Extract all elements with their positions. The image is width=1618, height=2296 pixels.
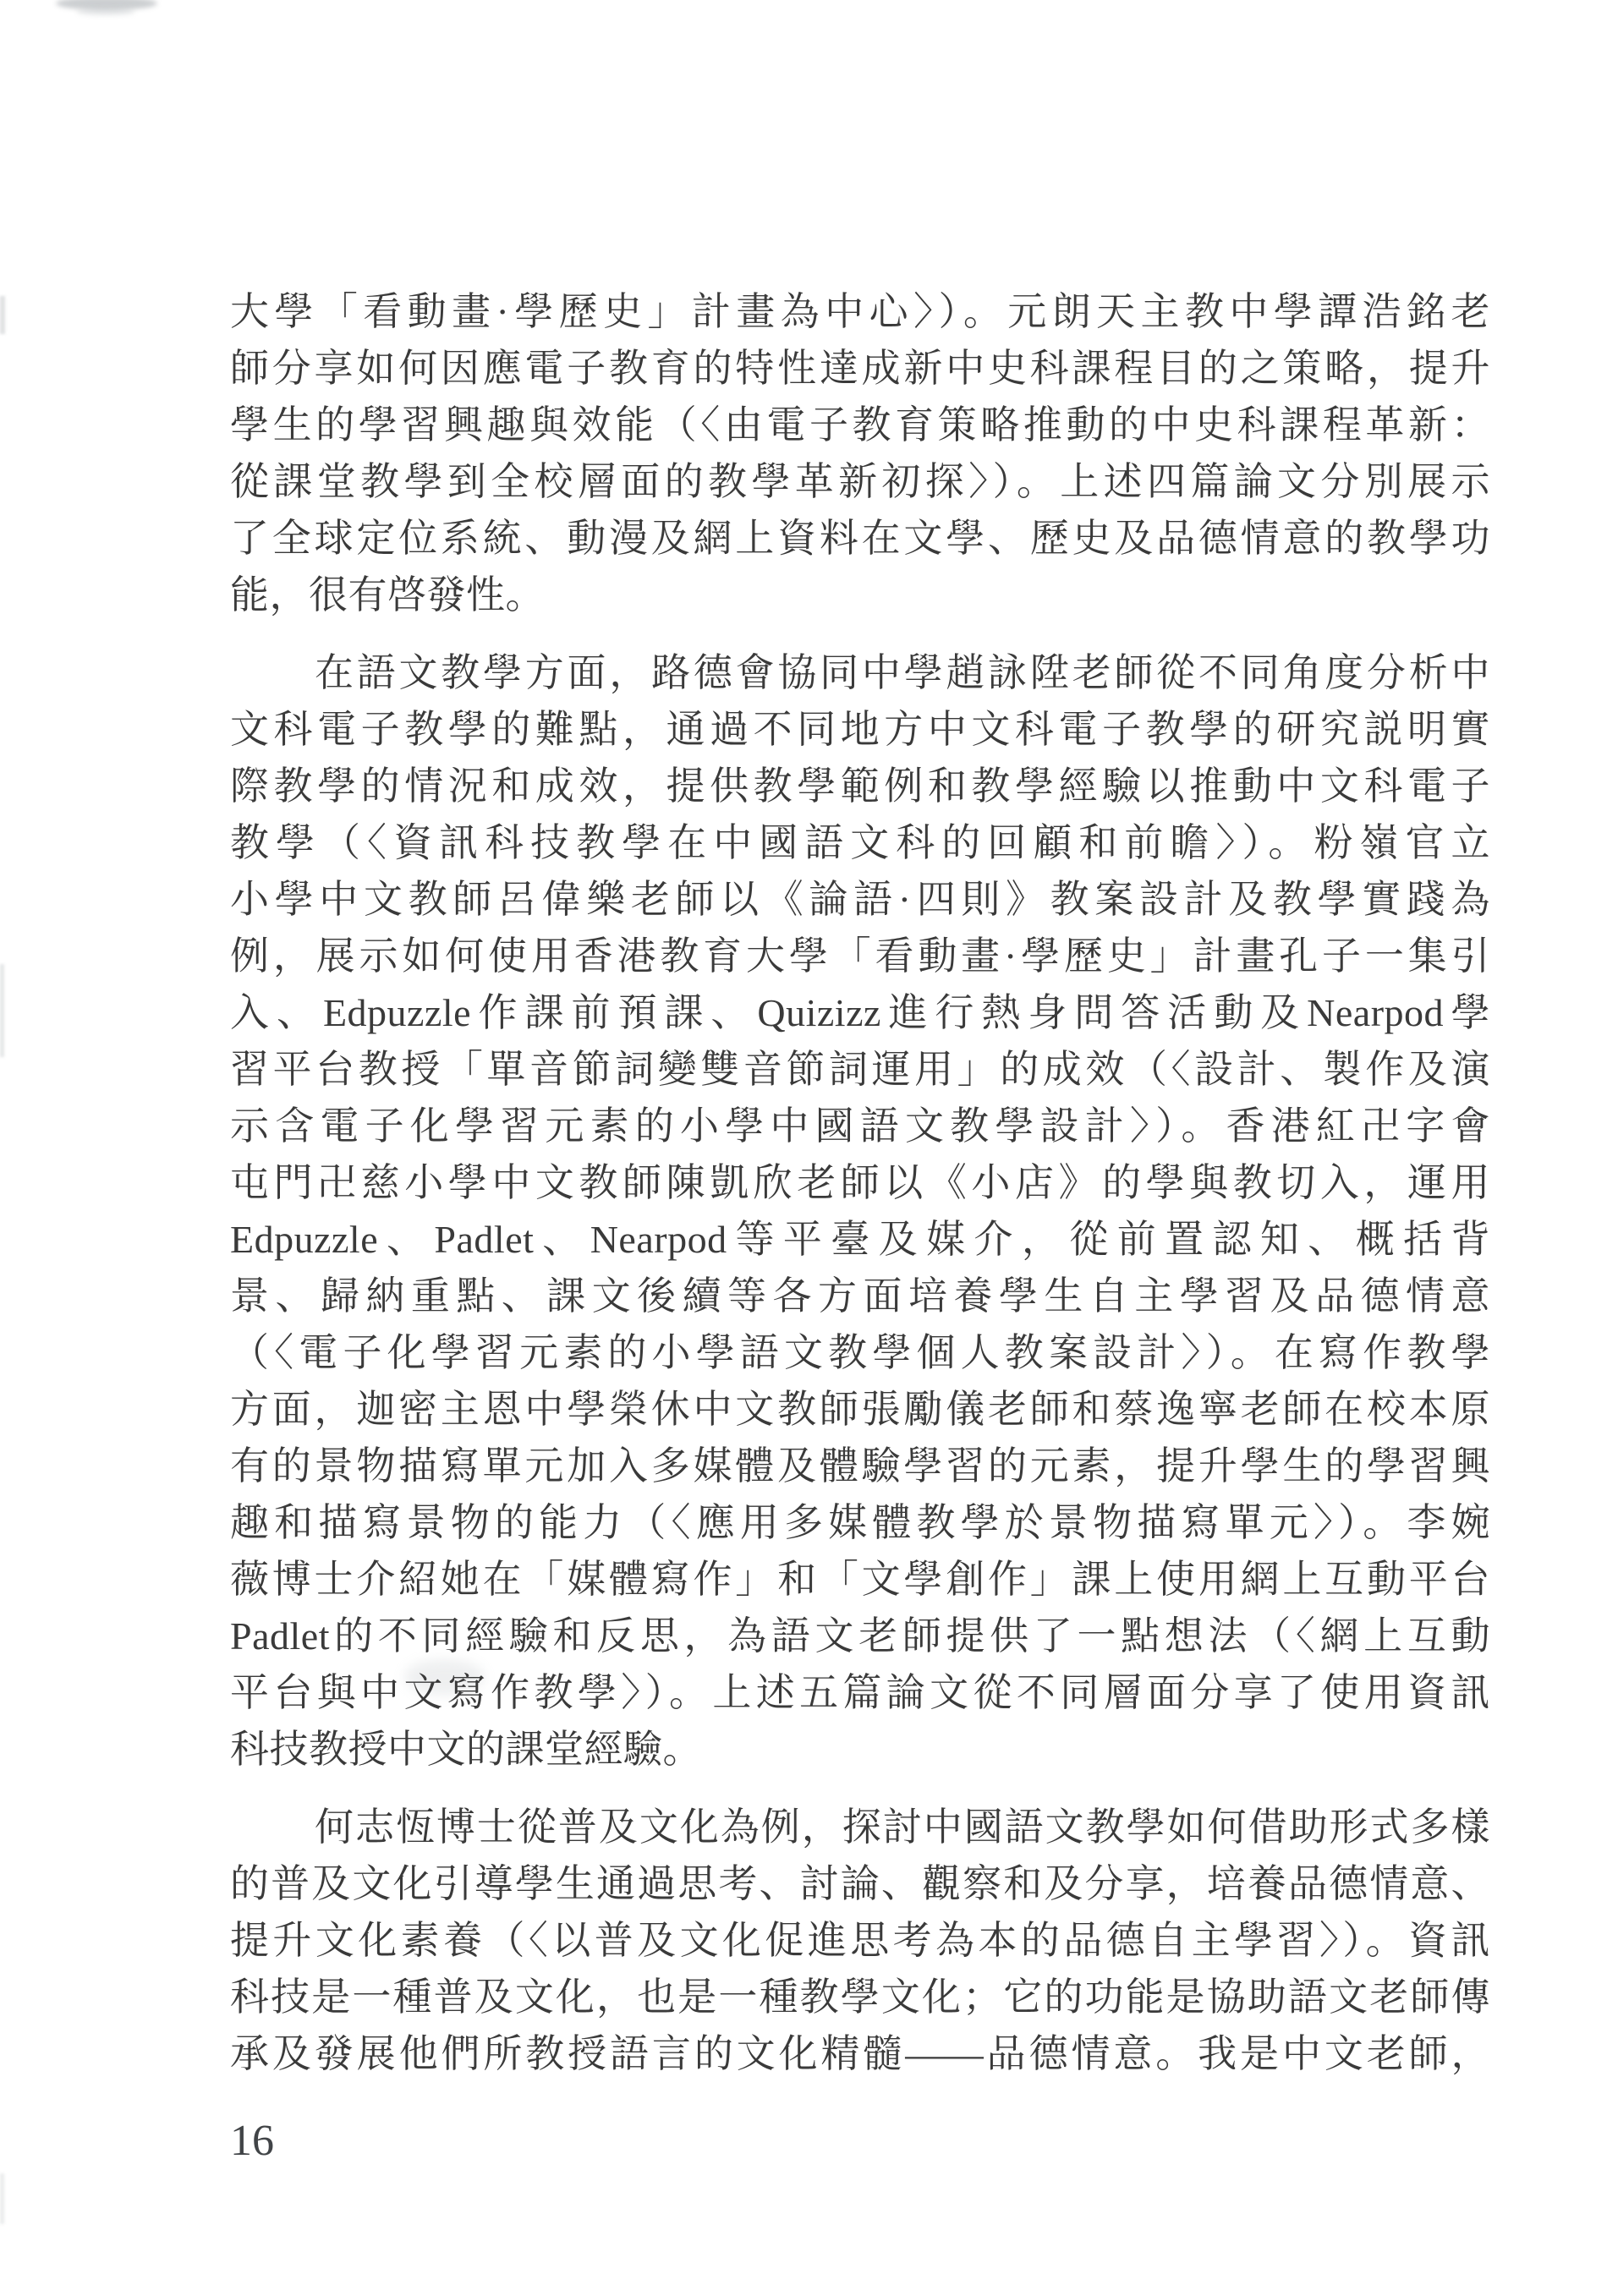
paragraph-2: 在語文教學方面，路德會協同中學趙詠陞老師從不同角度分析中文科電子教學的難點，通過… <box>230 644 1490 1778</box>
scan-artifact-top-smudge2 <box>76 8 135 15</box>
page-text: 大學「看動畫·學歷史」計畫為中心〉）。元朗天主教中學譚浩銘老師分享如何因應電子教… <box>230 283 1490 2082</box>
text-line: 方面，迦密主恩中學榮休中文教師張勵儀老師和蔡逸寧老師在校本原 <box>230 1381 1490 1438</box>
text-line: 屯門卍慈小學中文教師陳凱欣老師以《小店》的學與教切入，運用 <box>230 1154 1490 1211</box>
text-line: 際教學的情況和成效，提供教學範例和教學經驗以推動中文科電子 <box>230 758 1490 814</box>
scan-artifact-edge-mark <box>0 296 5 334</box>
text-line: 何志恆博士從普及文化為例，探討中國語文教學如何借助形式多樣 <box>230 1799 1490 1855</box>
text-line: 示含電子化學習元素的小學中國語文教學設計〉）。香港紅卍字會 <box>230 1098 1490 1154</box>
text-line: 從課堂教學到全校層面的教學革新初探〉）。上述四篇論文分別展示 <box>230 453 1490 510</box>
text-line: 在語文教學方面，路德會協同中學趙詠陞老師從不同角度分析中 <box>230 644 1490 701</box>
text-line: 科技教授中文的課堂經驗。 <box>230 1721 1490 1778</box>
document-page: 大學「看動畫·學歷史」計畫為中心〉）。元朗天主教中學譚浩銘老師分享如何因應電子教… <box>0 0 1618 2296</box>
page-number: 16 <box>230 2116 274 2167</box>
text-line: 了全球定位系統、動漫及網上資料在文學、歷史及品德情意的教學功 <box>230 510 1490 567</box>
text-line: 教學（〈資訊科技教學在中國語文科的回顧和前瞻〉）。粉嶺官立 <box>230 814 1490 871</box>
text-line: 薇博士介紹她在「媒體寫作」和「文學創作」課上使用網上互動平台 <box>230 1551 1490 1608</box>
text-line: 提升文化素養（〈以普及文化促進思考為本的品德自主學習〉）。資訊 <box>230 1912 1490 1969</box>
text-line: （〈電子化學習元素的小學語文教學個人教案設計〉）。在寫作教學 <box>230 1324 1490 1381</box>
text-line: 習平台教授「單音節詞變雙音節詞運用」的成效（〈設計、製作及演 <box>230 1041 1490 1098</box>
text-line: Edpuzzle、Padlet、Nearpod等平臺及媒介，從前置認知、概括背 <box>230 1211 1490 1268</box>
text-line: 的普及文化引導學生通過思考、討論、觀察和及分享，培養品德情意、 <box>230 1855 1490 1912</box>
scan-artifact-edge-mark <box>0 2173 4 2224</box>
text-line: 科技是一種普及文化，也是一種教學文化；它的功能是協助語文老師傳 <box>230 1969 1490 2025</box>
text-line: 有的景物描寫單元加入多媒體及體驗學習的元素，提升學生的學習興 <box>230 1438 1490 1494</box>
text-line: 大學「看動畫·學歷史」計畫為中心〉）。元朗天主教中學譚浩銘老 <box>230 283 1490 340</box>
text-line: 平台與中文寫作教學〉）。上述五篇論文從不同層面分享了使用資訊 <box>230 1664 1490 1721</box>
text-line: 入、Edpuzzle作課前預課、Quizizz進行熱身問答活動及Nearpod學 <box>230 984 1490 1041</box>
text-line: 趣和描寫景物的能力（〈應用多媒體教學於景物描寫單元〉）。李婉 <box>230 1494 1490 1551</box>
paragraph-3: 何志恆博士從普及文化為例，探討中國語文教學如何借助形式多樣的普及文化引導學生通過… <box>230 1799 1490 2082</box>
text-line: 承及發展他們所教授語言的文化精髓——品德情意。我是中文老師， <box>230 2025 1490 2082</box>
text-line: 例，展示如何使用香港教育大學「看動畫·學歷史」計畫孔子一集引 <box>230 928 1490 984</box>
text-line: 學生的學習興趣與效能（〈由電子教育策略推動的中史科課程革新： <box>230 397 1490 453</box>
text-line: 文科電子教學的難點，通過不同地方中文科電子教學的研究説明實 <box>230 701 1490 758</box>
text-line: 景、歸納重點、課文後續等各方面培養學生自主學習及品德情意 <box>230 1268 1490 1324</box>
text-line: 小學中文教師呂偉樂老師以《論語·四則》教案設計及教學實踐為 <box>230 871 1490 928</box>
paragraph-1: 大學「看動畫·學歷史」計畫為中心〉）。元朗天主教中學譚浩銘老師分享如何因應電子教… <box>230 283 1490 623</box>
text-line: 能，很有啓發性。 <box>230 567 1490 623</box>
scan-artifact-edge-mark <box>0 964 4 1057</box>
text-line: 師分享如何因應電子教育的特性達成新中史科課程目的之策略，提升 <box>230 340 1490 397</box>
text-line: Padlet的不同經驗和反思，為語文老師提供了一點想法（〈網上互動 <box>230 1608 1490 1664</box>
